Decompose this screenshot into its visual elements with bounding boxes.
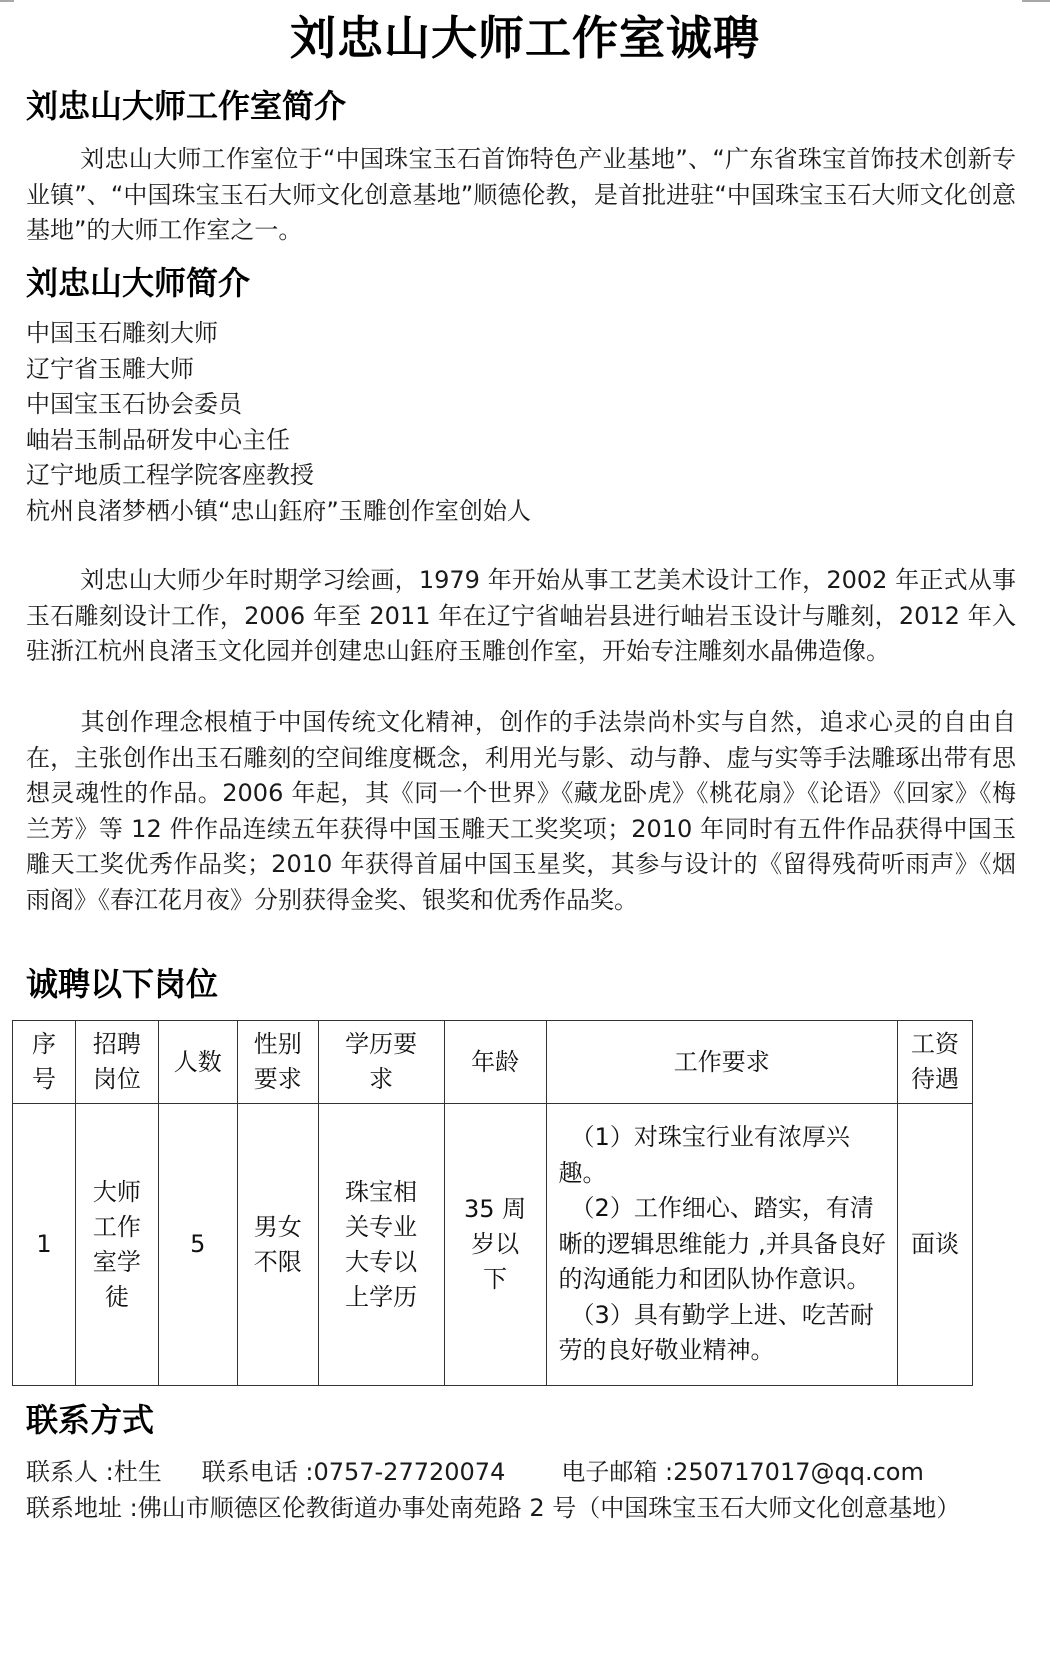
- requirement-item: （1）对珠宝行业有浓厚兴趣。: [559, 1120, 887, 1191]
- contact-line: 联系人 :杜生联系电话 :0757-27720074电子邮箱 :25071701…: [26, 1455, 986, 1491]
- table-row: 1 大师工作室学徒 5 男女不限 珠宝相关专业大专以上学历 35 周岁以下 （1…: [13, 1104, 973, 1386]
- col-header-education: 学历要求: [318, 1021, 444, 1104]
- contact-address-label: 联系地址 :: [26, 1494, 138, 1522]
- list-item: 辽宁省玉雕大师: [26, 352, 531, 388]
- studio-intro-text: 刘忠山大师工作室位于“中国珠宝玉石首饰特色产业基地”、“广东省珠宝首饰技术创新专…: [26, 142, 1016, 249]
- requirement-item: （2）工作细心、踏实，有清晰的逻辑思维能力 ,并具备良好的沟通能力和团队协作意识…: [559, 1191, 887, 1298]
- bio-text: 其创作理念根植于中国传统文化精神，创作的手法崇尚朴实与自然，追求心灵的自由自在，…: [26, 708, 1016, 914]
- col-header-seq: 序号: [13, 1021, 76, 1104]
- col-header-count: 人数: [158, 1021, 237, 1104]
- page-edge-mark: [1022, 0, 1050, 2]
- contact-email[interactable]: 250717017@qq.com: [673, 1458, 924, 1486]
- bio-paragraph-1: 刘忠山大师少年时期学习绘画，1979 年开始从事工艺美术设计工作，2002 年正…: [26, 563, 1016, 670]
- col-header-position: 招聘岗位: [75, 1021, 158, 1104]
- cell-gender: 男女不限: [237, 1104, 318, 1386]
- bio-paragraph-2: 其创作理念根植于中国传统文化精神，创作的手法崇尚朴实与自然，追求心灵的自由自在，…: [26, 705, 1016, 918]
- contact-person: 杜生: [114, 1458, 162, 1486]
- col-header-gender: 性别要求: [237, 1021, 318, 1104]
- list-item: 中国玉石雕刻大师: [26, 316, 531, 352]
- contact-phone[interactable]: 0757-27720074: [313, 1458, 505, 1486]
- cell-seq: 1: [13, 1104, 76, 1386]
- page-title: 刘忠山大师工作室诚聘: [0, 8, 1050, 68]
- bio-text: 刘忠山大师少年时期学习绘画，1979 年开始从事工艺美术设计工作，2002 年正…: [26, 566, 1016, 665]
- list-item: 辽宁地质工程学院客座教授: [26, 458, 531, 494]
- contact-address-line: 联系地址 :佛山市顺德区伦教街道办事处南苑路 2 号（中国珠宝玉石大师文化创意基…: [26, 1491, 986, 1527]
- contact-heading: 联系方式: [26, 1398, 154, 1442]
- contact-info: 联系人 :杜生联系电话 :0757-27720074电子邮箱 :25071701…: [26, 1455, 986, 1526]
- table-header-row: 序号 招聘岗位 人数 性别要求 学历要求 年龄 工作要求 工资待遇: [13, 1021, 973, 1104]
- cell-education: 珠宝相关专业大专以上学历: [318, 1104, 444, 1386]
- contact-address: 佛山市顺德区伦教街道办事处南苑路 2 号（中国珠宝玉石大师文化创意基地）: [138, 1494, 961, 1522]
- cell-salary: 面谈: [897, 1104, 972, 1386]
- list-item: 岫岩玉制品研发中心主任: [26, 423, 531, 459]
- studio-intro-body: 刘忠山大师工作室位于“中国珠宝玉石首饰特色产业基地”、“广东省珠宝首饰技术创新专…: [26, 145, 1016, 244]
- contact-email-label: 电子邮箱 :: [561, 1458, 673, 1486]
- positions-heading: 诚聘以下岗位: [26, 962, 218, 1006]
- col-header-salary: 工资待遇: [897, 1021, 972, 1104]
- list-item: 中国宝玉石协会委员: [26, 387, 531, 423]
- master-intro-heading: 刘忠山大师简介: [26, 261, 250, 305]
- requirement-item: （3）具有勤学上进、吃苦耐劳的良好敬业精神。: [559, 1298, 887, 1369]
- positions-table: 序号 招聘岗位 人数 性别要求 学历要求 年龄 工作要求 工资待遇 1 大师工作…: [12, 1020, 973, 1386]
- cell-position: 大师工作室学徒: [75, 1104, 158, 1386]
- col-header-requirements: 工作要求: [546, 1021, 897, 1104]
- master-titles-list: 中国玉石雕刻大师 辽宁省玉雕大师 中国宝玉石协会委员 岫岩玉制品研发中心主任 辽…: [26, 316, 531, 529]
- contact-phone-label: 联系电话 :: [202, 1458, 314, 1486]
- page-edge-mark: [0, 0, 14, 2]
- contact-person-label: 联系人 :: [26, 1458, 114, 1486]
- cell-count: 5: [158, 1104, 237, 1386]
- cell-requirements: （1）对珠宝行业有浓厚兴趣。 （2）工作细心、踏实，有清晰的逻辑思维能力 ,并具…: [546, 1104, 897, 1386]
- list-item: 杭州良渚梦栖小镇“忠山鈺府”玉雕创作室创始人: [26, 494, 531, 530]
- studio-intro-heading: 刘忠山大师工作室简介: [26, 84, 346, 128]
- col-header-age: 年龄: [444, 1021, 546, 1104]
- cell-age: 35 周岁以下: [444, 1104, 546, 1386]
